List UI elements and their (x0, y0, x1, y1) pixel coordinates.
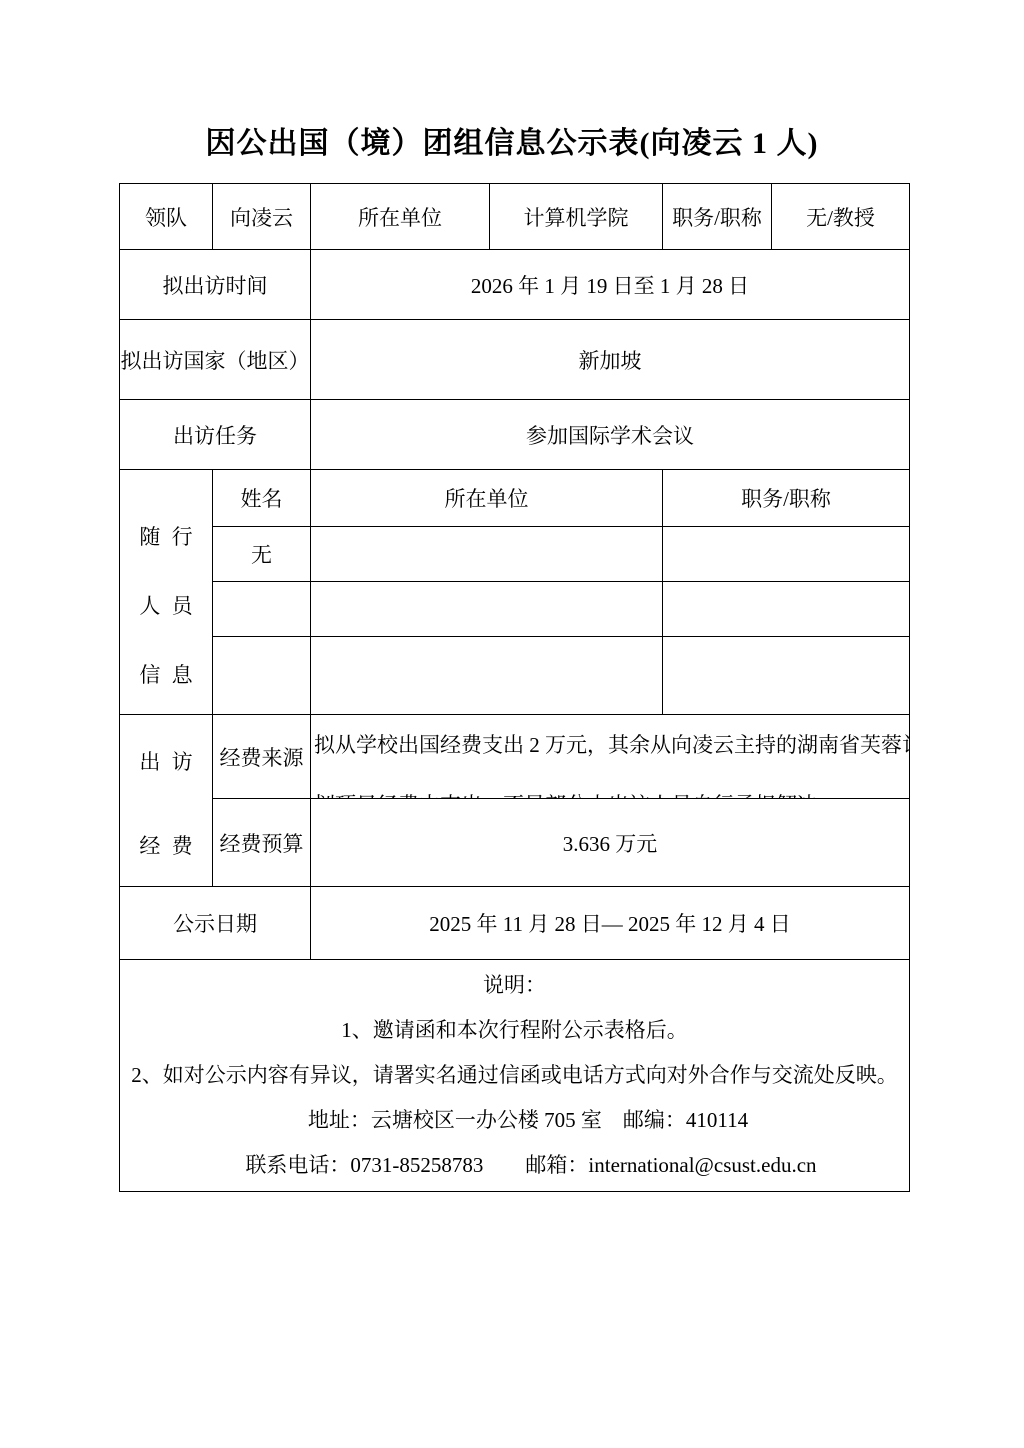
notes-contact-line: 联系电话：0731-85258783 邮箱：international@csus… (120, 1143, 909, 1188)
leader-title-value: 无/教授 (772, 184, 910, 250)
entourage-name-cell (213, 582, 311, 637)
funding-budget-value: 3.636 万元 (311, 799, 910, 887)
notes-section: 说明： 1、邀请函和本次行程附公示表格后。 2、如对公示内容有异议，请署实名通过… (120, 960, 910, 1192)
entourage-row (120, 637, 910, 715)
task-value: 参加国际学术会议 (311, 400, 910, 470)
funding-source-row: 出 访 经 费 经费来源 拟从学校出国经费支出 2 万元，其余从向凌云主持的湖南… (120, 715, 910, 799)
leader-title-label: 职务/职称 (663, 184, 772, 250)
entourage-name-cell (213, 637, 311, 715)
entourage-row (120, 582, 910, 637)
entourage-header-unit: 所在单位 (311, 470, 663, 527)
leader-label: 领队 (120, 184, 213, 250)
entourage-header-name: 姓名 (213, 470, 311, 527)
task-row: 出访任务 参加国际学术会议 (120, 400, 910, 470)
notes-address-line: 地址：云塘校区一办公楼 705 室 邮编：410114 (120, 1098, 909, 1143)
entourage-header-row: 随 行 人 员 信 息 姓名 所在单位 职务/职称 (120, 470, 910, 527)
publicity-date-value: 2025 年 11 月 28 日— 2025 年 12 月 4 日 (311, 887, 910, 960)
funding-label-line: 经 费 (139, 830, 192, 860)
entourage-name-cell: 无 (213, 527, 311, 582)
leader-unit-label: 所在单位 (311, 184, 490, 250)
funding-source-line2-clipped: 划项目经费中支出，不足部分由出访人员自行承担解决。 (314, 775, 909, 798)
funding-budget-row: 经费预算 3.636 万元 (120, 799, 910, 887)
trip-publicity-table: 领队 向凌云 所在单位 计算机学院 职务/职称 无/教授 拟出访时间 2026 … (119, 183, 910, 1192)
leader-unit-value: 计算机学院 (490, 184, 663, 250)
funding-source-value: 拟从学校出国经费支出 2 万元，其余从向凌云主持的湖南省芙蓉计 划项目经费中支出… (311, 715, 910, 799)
entourage-unit-cell (311, 637, 663, 715)
task-label: 出访任务 (120, 400, 311, 470)
funding-budget-label: 经费预算 (213, 799, 311, 887)
notes-row: 说明： 1、邀请函和本次行程附公示表格后。 2、如对公示内容有异议，请署实名通过… (120, 960, 910, 1192)
leader-name: 向凌云 (213, 184, 311, 250)
entourage-title-cell (663, 582, 910, 637)
entourage-title-cell (663, 527, 910, 582)
publicity-date-label: 公示日期 (120, 887, 311, 960)
entourage-row: 无 (120, 527, 910, 582)
funding-section-label: 出 访 经 费 (120, 715, 213, 887)
notes-item-2: 2、如对公示内容有异议，请署实名通过信函或电话方式向对外合作与交流处反映。 (120, 1053, 909, 1098)
publicity-date-row: 公示日期 2025 年 11 月 28 日— 2025 年 12 月 4 日 (120, 887, 910, 960)
entourage-section-label: 随 行 人 员 信 息 (120, 470, 213, 715)
funding-source-text: 拟从学校出国经费支出 2 万元，其余从向凌云主持的湖南省芙蓉计 划项目经费中支出… (311, 715, 909, 798)
funding-source-label: 经费来源 (213, 715, 311, 799)
leader-row: 领队 向凌云 所在单位 计算机学院 职务/职称 无/教授 (120, 184, 910, 250)
entourage-label-line: 随 行 (139, 521, 192, 551)
country-label: 拟出访国家（地区） (120, 320, 311, 400)
country-value: 新加坡 (311, 320, 910, 400)
time-value: 2026 年 1 月 19 日至 1 月 28 日 (311, 250, 910, 320)
time-label: 拟出访时间 (120, 250, 311, 320)
entourage-header-title: 职务/职称 (663, 470, 910, 527)
funding-label-stack: 出 访 经 费 (120, 716, 212, 886)
entourage-title-cell (663, 637, 910, 715)
country-row: 拟出访国家（地区） 新加坡 (120, 320, 910, 400)
page-title: 因公出国（境）团组信息公示表(向凌云 1 人) (0, 118, 1024, 162)
funding-label-line: 出 访 (139, 746, 192, 776)
entourage-label-line: 人 员 (139, 590, 192, 620)
document-page: 因公出国（境）团组信息公示表(向凌云 1 人) 领队 向凌云 所在单位 计算机学… (0, 0, 1024, 1448)
time-row: 拟出访时间 2026 年 1 月 19 日至 1 月 28 日 (120, 250, 910, 320)
entourage-unit-cell (311, 527, 663, 582)
funding-source-line1: 拟从学校出国经费支出 2 万元，其余从向凌云主持的湖南省芙蓉计 (314, 715, 909, 775)
entourage-label-stack: 随 行 人 员 信 息 (120, 471, 212, 714)
entourage-label-line: 信 息 (139, 659, 192, 689)
notes-item-1: 1、邀请函和本次行程附公示表格后。 (120, 1008, 909, 1053)
entourage-unit-cell (311, 582, 663, 637)
notes-heading: 说明： (120, 963, 909, 1008)
